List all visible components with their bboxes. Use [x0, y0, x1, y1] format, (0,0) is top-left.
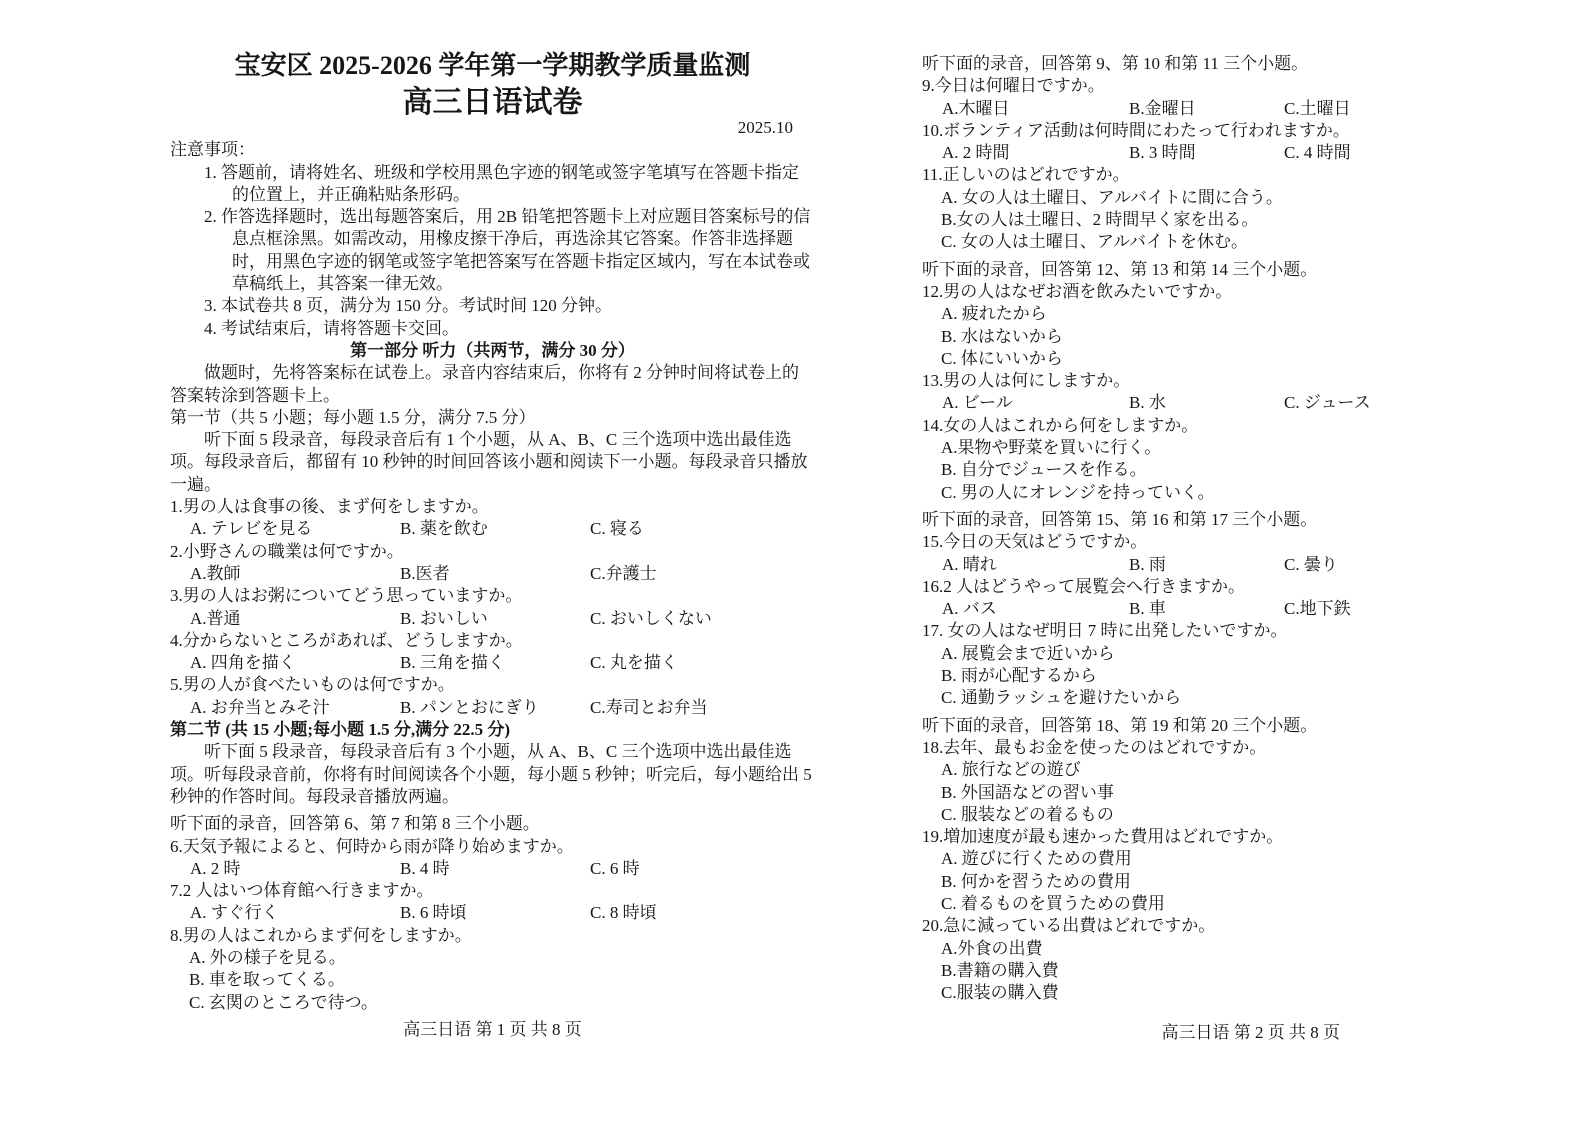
question-text: 16.2 人はどうやって展覧会へ行きますか。	[922, 576, 1398, 598]
listening-group-intro: 听下面的录音，回答第 6、第 7 和第 8 三个小题。	[170, 813, 815, 835]
answer-option: C.寿司とお弁当	[590, 697, 815, 719]
question-text: 13.男の人は何にしますか。	[922, 370, 1398, 392]
answer-options: A. 2 時間B. 3 時間C. 4 時間	[922, 142, 1398, 164]
listening-group-intro: 听下面的录音，回答第 9、第 10 和第 11 三个小题。	[922, 53, 1398, 75]
question-text: 9.今日は何曜日ですか。	[922, 75, 1398, 97]
question-block: 8.男の人はこれからまず何をしますか。A. 外の様子を見る。B. 車を取ってくる…	[170, 925, 815, 1014]
page2-footer: 高三日语 第 2 页 共 8 页	[922, 1022, 1398, 1044]
answer-options: A. バスB. 車C.地下鉄	[922, 598, 1398, 620]
answer-options: A. 2 時B. 4 時C. 6 時	[170, 858, 815, 880]
answer-options: A.外食の出費B.書籍の購入費C.服装の購入費	[922, 938, 1398, 1005]
answer-option: B. 雨	[1129, 554, 1284, 576]
question-text: 12.男の人はなぜお酒を飲みたいですか。	[922, 281, 1398, 303]
answer-options: A.果物や野菜を買いに行く。B. 自分でジュースを作る。C. 男の人にオレンジを…	[922, 437, 1398, 504]
answer-option: B. 三角を描く	[400, 652, 590, 674]
notice-item: 4. 考试结束后，请将答题卡交回。	[170, 318, 815, 340]
instruction-paragraph: 听下面 5 段录音，每段录音后有 3 个小题，从 A、B、C 三个选项中选出最佳…	[170, 741, 815, 808]
answer-option: B. パンとおにぎり	[400, 697, 590, 719]
answer-option: A. 四角を描く	[190, 652, 400, 674]
answer-options: A. 疲れたからB. 水はないからC. 体にいいから	[922, 303, 1398, 370]
answer-options: A.教師B.医者C.弁護士	[170, 563, 815, 585]
answer-option: C. 6 時	[590, 858, 815, 880]
question-text: 19.増加速度が最も速かった費用はどれですか。	[922, 826, 1398, 848]
page1-blocks: 注意事项：1. 答题前，请将姓名、班级和学校用黑色字迹的钢笔或签字笔填写在答题卡…	[170, 139, 815, 1014]
answer-options: A.木曜日B.金曜日C.土曜日	[922, 98, 1398, 120]
answer-option: A. 女の人は土曜日、アルバイトに間に合う。	[922, 187, 1398, 209]
section-heading: 第二节 (共 15 小题;每小题 1.5 分,满分 22.5 分)	[170, 719, 815, 741]
answer-option: A.普通	[190, 608, 400, 630]
answer-option: A. 外の様子を見る。	[170, 947, 815, 969]
answer-options: A. ビールB. 水C. ジュース	[922, 392, 1398, 414]
answer-options: A. 晴れB. 雨C. 曇り	[922, 554, 1398, 576]
answer-option: C. 8 時頃	[590, 902, 815, 924]
answer-option: A. 展覧会まで近いから	[922, 643, 1398, 665]
question-text: 2.小野さんの職業は何ですか。	[170, 541, 815, 563]
answer-option: A.教師	[190, 563, 400, 585]
question-text: 5.男の人が食べたいものは何ですか。	[170, 674, 815, 696]
answer-option: A.外食の出費	[922, 938, 1398, 960]
answer-option: B.医者	[400, 563, 590, 585]
instruction-paragraph: 做题时，先将答案标在试卷上。录音内容结束后，你将有 2 分钟时间将试卷上的答案转…	[170, 362, 815, 407]
answer-option: C.服装の購入費	[922, 982, 1398, 1004]
answer-option: B. 車を取ってくる。	[170, 969, 815, 991]
question-text: 20.急に減っている出費はどれですか。	[922, 915, 1398, 937]
part-heading: 第一部分 听力（共两节，满分 30 分）	[170, 340, 815, 362]
question-block: 7.2 人はいつ体育館へ行きますか。A. すぐ行くB. 6 時頃C. 8 時頃	[170, 880, 815, 925]
answer-option: C. 丸を描く	[590, 652, 815, 674]
exam-page-1: 宝安区 2025-2026 学年第一学期教学质量监测 高三日语试卷 2025.1…	[170, 48, 815, 1041]
answer-option: A. 2 時	[190, 858, 400, 880]
question-text: 15.今日の天気はどうですか。	[922, 531, 1398, 553]
answer-options: A. すぐ行くB. 6 時頃C. 8 時頃	[170, 902, 815, 924]
question-block: 6.天気予報によると、何時から雨が降り始めますか。A. 2 時B. 4 時C. …	[170, 836, 815, 881]
answer-option: B.女の人は土曜日、2 時間早く家を出る。	[922, 209, 1398, 231]
listening-group-intro: 听下面的录音，回答第 18、第 19 和第 20 三个小题。	[922, 715, 1398, 737]
answer-option: C. 寝る	[590, 518, 815, 540]
question-text: 11.正しいのはどれですか。	[922, 164, 1398, 186]
answer-options: A.普通B. おいしいC. おいしくない	[170, 608, 815, 630]
question-block: 2.小野さんの職業は何ですか。A.教師B.医者C.弁護士	[170, 541, 815, 586]
instruction-paragraph: 听下面 5 段录音，每段录音后有 1 个小题，从 A、B、C 三个选项中选出最佳…	[170, 429, 815, 496]
answer-option: B.書籍の購入費	[922, 960, 1398, 982]
answer-option: B. 6 時頃	[400, 902, 590, 924]
answer-option: C. 通勤ラッシュを避けたいから	[922, 687, 1398, 709]
answer-option: B. 水	[1129, 392, 1284, 414]
answer-option: B. 4 時	[400, 858, 590, 880]
answer-options: A. 四角を描くB. 三角を描くC. 丸を描く	[170, 652, 815, 674]
answer-option: B. 3 時間	[1129, 142, 1284, 164]
answer-option: C.土曜日	[1284, 98, 1398, 120]
answer-option: B. 自分でジュースを作る。	[922, 459, 1398, 481]
notice-item: 2. 作答选择题时，选出每题答案后，用 2B 铅笔把答题卡上对应题目答案标号的信…	[170, 206, 815, 295]
listening-group-intro: 听下面的录音，回答第 15、第 16 和第 17 三个小题。	[922, 509, 1398, 531]
answer-option: A. テレビを見る	[190, 518, 400, 540]
answer-option: A. 旅行などの遊び	[922, 759, 1398, 781]
page2-blocks: 听下面的录音，回答第 9、第 10 和第 11 三个小题。9.今日は何曜日ですか…	[922, 53, 1398, 1004]
question-block: 5.男の人が食べたいものは何ですか。A. お弁当とみそ汁B. パンとおにぎりC.…	[170, 674, 815, 719]
answer-option: B. 薬を飲む	[400, 518, 590, 540]
notice-item: 3. 本试卷共 8 页，满分为 150 分。考试时间 120 分钟。	[170, 295, 815, 317]
answer-option: A. お弁当とみそ汁	[190, 697, 400, 719]
answer-option: C. 玄関のところで待つ。	[170, 992, 815, 1014]
question-block: 18.去年、最もお金を使ったのはどれですか。A. 旅行などの遊びB. 外国語など…	[922, 737, 1398, 826]
question-text: 7.2 人はいつ体育館へ行きますか。	[170, 880, 815, 902]
listening-group-intro: 听下面的录音，回答第 12、第 13 和第 14 三个小题。	[922, 259, 1398, 281]
answer-option: C. 4 時間	[1284, 142, 1398, 164]
answer-option: B.金曜日	[1129, 98, 1284, 120]
question-block: 13.男の人は何にしますか。A. ビールB. 水C. ジュース	[922, 370, 1398, 415]
question-text: 10.ボランティア活動は何時間にわたって行われますか。	[922, 120, 1398, 142]
notice-item: 1. 答题前，请将姓名、班级和学校用黑色字迹的钢笔或签字笔填写在答题卡指定的位置…	[170, 162, 815, 207]
answer-options: A. 遊びに行くための費用B. 何かを習うための費用C. 着るものを買うための費…	[922, 848, 1398, 915]
question-text: 6.天気予報によると、何時から雨が降り始めますか。	[170, 836, 815, 858]
answer-option: B. 雨が心配するから	[922, 665, 1398, 687]
answer-option: B. 水はないから	[922, 326, 1398, 348]
question-block: 12.男の人はなぜお酒を飲みたいですか。A. 疲れたからB. 水はないからC. …	[922, 281, 1398, 370]
answer-options: A. 外の様子を見る。B. 車を取ってくる。C. 玄関のところで待つ。	[170, 947, 815, 1014]
question-block: 3.男の人はお粥についてどう思っていますか。A.普通B. おいしいC. おいしく…	[170, 585, 815, 630]
question-text: 3.男の人はお粥についてどう思っていますか。	[170, 585, 815, 607]
answer-option: B. 車	[1129, 598, 1284, 620]
question-text: 14.女の人はこれから何をしますか。	[922, 415, 1398, 437]
exam-page-2: 听下面的录音，回答第 9、第 10 和第 11 三个小题。9.今日は何曜日ですか…	[922, 48, 1398, 1045]
answer-option: A.木曜日	[942, 98, 1129, 120]
answer-option: A. すぐ行く	[190, 902, 400, 924]
answer-options: A. テレビを見るB. 薬を飲むC. 寝る	[170, 518, 815, 540]
answer-option: B. おいしい	[400, 608, 590, 630]
answer-options: A. 展覧会まで近いからB. 雨が心配するからC. 通勤ラッシュを避けたいから	[922, 643, 1398, 710]
question-block: 10.ボランティア活動は何時間にわたって行われますか。A. 2 時間B. 3 時…	[922, 120, 1398, 165]
document-canvas: { "doc": { "title_line1": "宝安区 2025-2026…	[0, 0, 1586, 1121]
answer-option: A.果物や野菜を買いに行く。	[922, 437, 1398, 459]
answer-option: C. ジュース	[1284, 392, 1398, 414]
answer-option: A. 2 時間	[942, 142, 1129, 164]
answer-option: C. 着るものを買うための費用	[922, 893, 1398, 915]
question-text: 18.去年、最もお金を使ったのはどれですか。	[922, 737, 1398, 759]
answer-option: C. 服装などの着るもの	[922, 804, 1398, 826]
answer-option: B. 外国語などの習い事	[922, 782, 1398, 804]
answer-options: A. 女の人は土曜日、アルバイトに間に合う。B.女の人は土曜日、2 時間早く家を…	[922, 187, 1398, 254]
exam-title: 宝安区 2025-2026 学年第一学期教学质量监测	[170, 48, 815, 83]
answer-option: C. 男の人にオレンジを持っていく。	[922, 482, 1398, 504]
answer-options: A. 旅行などの遊びB. 外国語などの習い事C. 服装などの着るもの	[922, 759, 1398, 826]
question-block: 14.女の人はこれから何をしますか。A.果物や野菜を買いに行く。B. 自分でジュ…	[922, 415, 1398, 504]
question-text: 4.分からないところがあれば、どうしますか。	[170, 630, 815, 652]
question-text: 1.男の人は食事の後、まず何をしますか。	[170, 496, 815, 518]
answer-option: A. バス	[942, 598, 1129, 620]
section-heading: 第一节（共 5 小题；每小题 1.5 分，满分 7.5 分）	[170, 407, 815, 429]
question-block: 4.分からないところがあれば、どうしますか。A. 四角を描くB. 三角を描くC.…	[170, 630, 815, 675]
answer-option: A. 晴れ	[942, 554, 1129, 576]
notice-heading: 注意事项：	[170, 139, 815, 161]
question-text: 8.男の人はこれからまず何をしますか。	[170, 925, 815, 947]
page1-footer: 高三日语 第 1 页 共 8 页	[170, 1019, 815, 1041]
question-block: 11.正しいのはどれですか。A. 女の人は土曜日、アルバイトに間に合う。B.女の…	[922, 164, 1398, 253]
question-block: 19.増加速度が最も速かった費用はどれですか。A. 遊びに行くための費用B. 何…	[922, 826, 1398, 915]
answer-option: C.弁護士	[590, 563, 815, 585]
answer-option: A. 遊びに行くための費用	[922, 848, 1398, 870]
answer-options: A. お弁当とみそ汁B. パンとおにぎりC.寿司とお弁当	[170, 697, 815, 719]
answer-option: C. 曇り	[1284, 554, 1398, 576]
question-block: 16.2 人はどうやって展覧会へ行きますか。A. バスB. 車C.地下鉄	[922, 576, 1398, 621]
question-block: 15.今日の天気はどうですか。A. 晴れB. 雨C. 曇り	[922, 531, 1398, 576]
answer-option: A. ビール	[942, 392, 1129, 414]
answer-option: C. おいしくない	[590, 608, 815, 630]
question-block: 20.急に減っている出費はどれですか。A.外食の出費B.書籍の購入費C.服装の購…	[922, 915, 1398, 1004]
answer-option: A. 疲れたから	[922, 303, 1398, 325]
question-block: 9.今日は何曜日ですか。A.木曜日B.金曜日C.土曜日	[922, 75, 1398, 120]
answer-option: B. 何かを習うための費用	[922, 871, 1398, 893]
question-block: 1.男の人は食事の後、まず何をしますか。A. テレビを見るB. 薬を飲むC. 寝…	[170, 496, 815, 541]
answer-option: C. 体にいいから	[922, 348, 1398, 370]
answer-option: C. 女の人は土曜日、アルバイトを休む。	[922, 231, 1398, 253]
question-block: 17. 女の人はなぜ明日 7 時に出発したいですか。A. 展覧会まで近いからB.…	[922, 620, 1398, 709]
question-text: 17. 女の人はなぜ明日 7 時に出発したいですか。	[922, 620, 1398, 642]
answer-option: C.地下鉄	[1284, 598, 1398, 620]
